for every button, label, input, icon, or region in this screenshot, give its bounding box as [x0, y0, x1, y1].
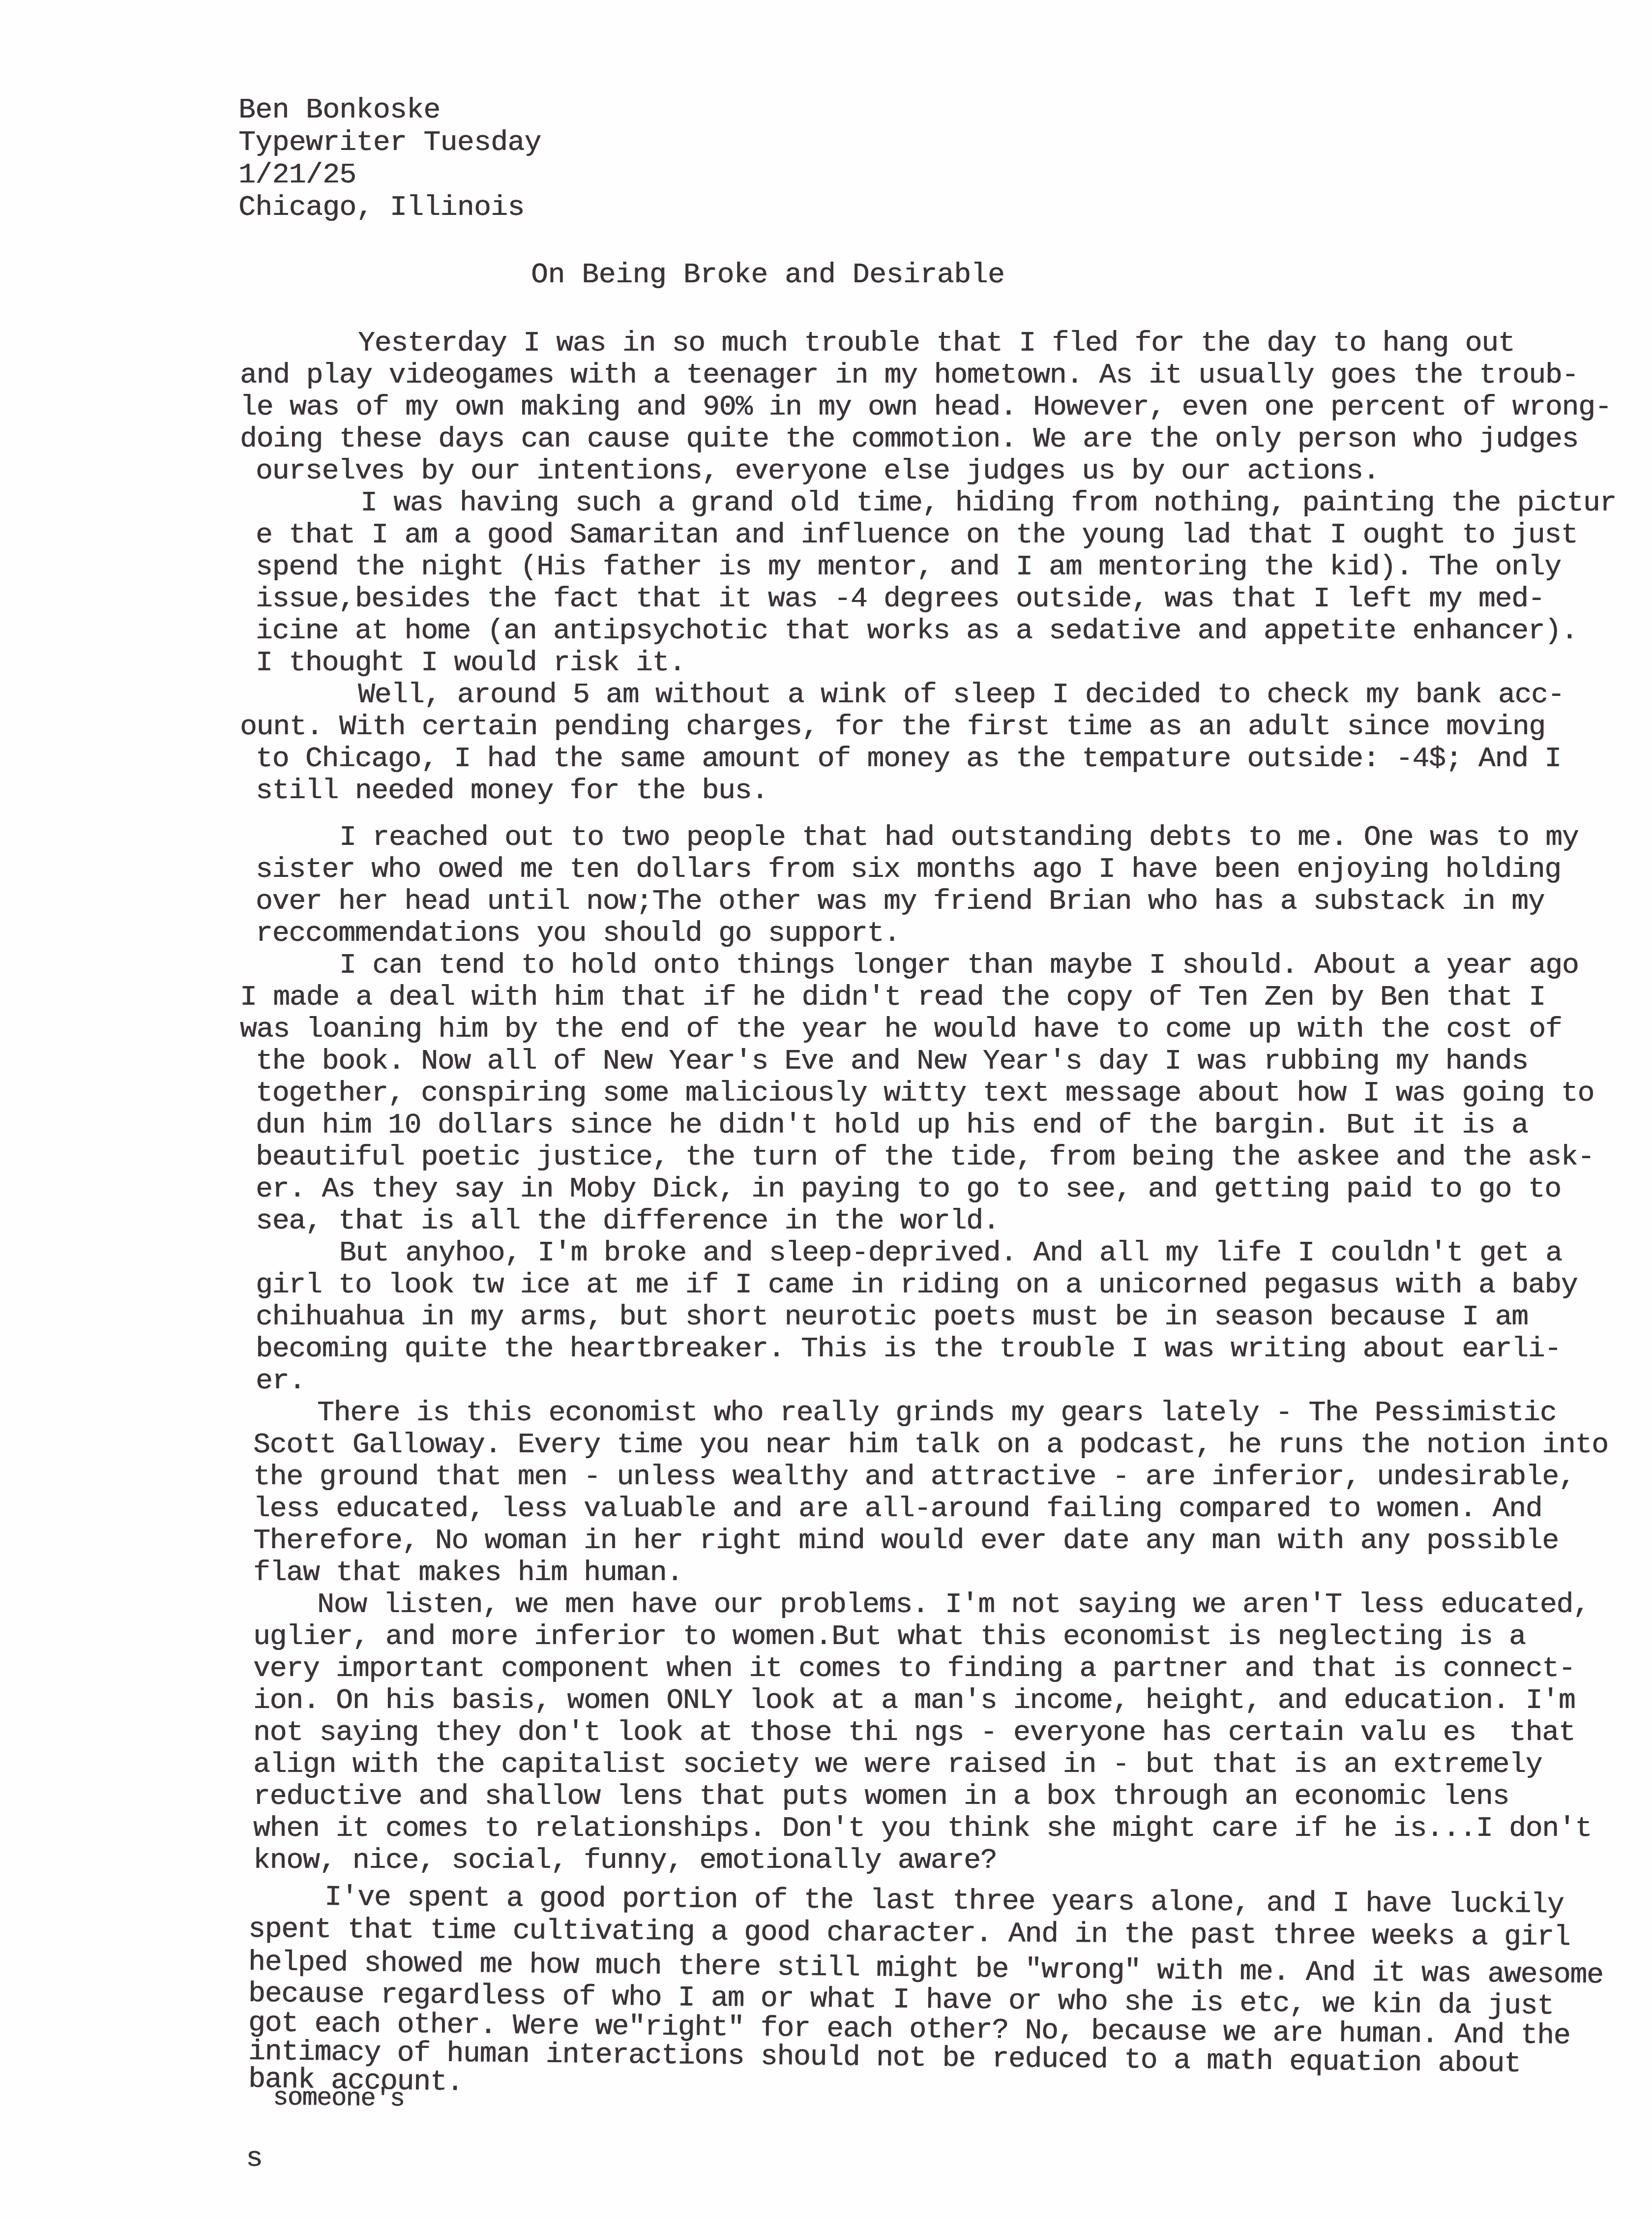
body-line: I made a deal with him that if he didn't…: [240, 982, 1545, 1014]
series-name: Typewriter Tuesday: [238, 127, 541, 159]
body-line: to Chicago, I had the same amount of mon…: [256, 743, 1561, 776]
body-line: I reached out to two people that had out…: [339, 822, 1578, 854]
body-line: But anyhoo, I'm broke and sleep-deprived…: [339, 1237, 1562, 1270]
body-line: uglier, and more inferior to women.But w…: [253, 1621, 1526, 1653]
body-line: sea, that is all the difference in the w…: [256, 1205, 999, 1238]
body-line: align with the capitalist society we wer…: [253, 1749, 1542, 1781]
body-line: and play videogames with a teenager in m…: [240, 360, 1578, 392]
body-line: spend the night (His father is my mentor…: [256, 551, 1561, 584]
body-line: flaw that makes him human.: [253, 1557, 683, 1589]
body-line: was loaning him by the end of the year h…: [240, 1014, 1562, 1046]
body-line: issue,besides the fact that it was -4 de…: [256, 583, 1544, 616]
body-line: Now listen, we men have our problems. I'…: [317, 1589, 1590, 1621]
body-line: ount. With certain pending charges, for …: [240, 711, 1545, 744]
inserted-correction: someone's: [273, 2082, 405, 2116]
body-line: ion. On his basis, women ONLY look at a …: [253, 1685, 1575, 1717]
body-line: the book. Now all of New Year's Eve and …: [256, 1046, 1528, 1078]
body-line: There is this economist who really grind…: [317, 1397, 1556, 1430]
body-line: Scott Galloway. Every time you near him …: [253, 1429, 1608, 1462]
body-line: Well, around 5 am without a wink of slee…: [358, 679, 1564, 712]
body-line: I can tend to hold onto things longer th…: [339, 950, 1578, 982]
body-line: over her head until now;The other was my…: [256, 886, 1544, 918]
location: Chicago, Illinois: [238, 192, 525, 224]
body-line: still needed money for the bus.: [256, 775, 768, 808]
body-line: when it comes to relationships. Don't yo…: [253, 1813, 1592, 1845]
date: 1/21/25: [238, 159, 356, 192]
body-line: reccommendations you should go support.: [256, 918, 900, 950]
body-line: dun him 10 dollars since he didn't hold …: [256, 1109, 1528, 1142]
author-name: Ben Bonkoske: [238, 94, 440, 127]
body-line: the ground that men - unless wealthy and…: [253, 1461, 1575, 1494]
body-line: girl to look tw ice at me if I came in r…: [256, 1269, 1577, 1302]
stray-mark: s: [246, 2143, 263, 2175]
body-line: less educated, less valuable and are all…: [253, 1493, 1542, 1526]
typewritten-page: Ben Bonkoske Typewriter Tuesday 1/21/25 …: [0, 0, 1652, 2219]
body-line: chihuahua in my arms, but short neurotic…: [256, 1301, 1528, 1334]
body-line: er.: [256, 1365, 305, 1398]
body-line: Yesterday I was in so much trouble that …: [358, 328, 1514, 360]
body-line: together, conspiring some maliciously wi…: [256, 1078, 1594, 1110]
body-line: e that I am a good Samaritan and influen…: [256, 519, 1577, 552]
body-line: becoming quite the heartbreaker. This is…: [256, 1333, 1561, 1366]
body-line: I thought I would risk it.: [256, 647, 685, 680]
body-line: Therefore, No woman in her right mind wo…: [253, 1525, 1559, 1558]
body-line: reductive and shallow lens that puts wom…: [253, 1781, 1509, 1813]
body-line: ourselves by our intentions, everyone el…: [256, 455, 1379, 488]
essay-title: On Being Broke and Desirable: [531, 259, 1004, 292]
body-line: know, nice, social, funny, emotionally a…: [253, 1845, 997, 1877]
body-line: le was of my own making and 90% in my ow…: [240, 391, 1611, 424]
body-line: beautiful poetic justice, the turn of th…: [256, 1141, 1594, 1174]
body-line: doing these days can cause quite the com…: [240, 423, 1578, 456]
body-line: I was having such a grand old time, hidi…: [360, 487, 1616, 520]
body-line: very important component when it comes t…: [253, 1653, 1575, 1685]
body-line: er. As they say in Moby Dick, in paying …: [256, 1173, 1561, 1206]
body-line: not saying they don't look at those thi …: [253, 1717, 1575, 1749]
body-line: sister who owed me ten dollars from six …: [256, 854, 1561, 886]
body-line: icine at home (an antipsychotic that wor…: [256, 615, 1577, 648]
